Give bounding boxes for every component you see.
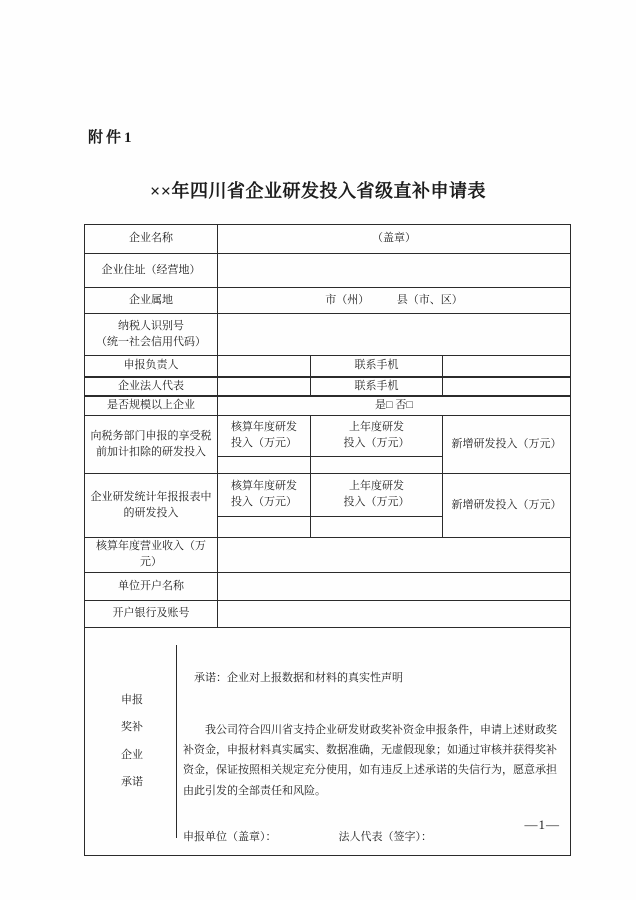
table-row: 企业研发统计年报报表中 的研发投入 核算年度研发 投入（万元） 上年度研发 投入… (85, 474, 571, 517)
commitment-wrap: 申报 奖补 企业 承诺 承诺：企业对上报数据和材料的真实性声明 我公司符合四川省… (88, 645, 567, 838)
table-row: 核算年度营业收入（万元） (85, 538, 571, 573)
legal-rep-phone-cell (443, 377, 571, 397)
scale-label: 是否规模以上企业 (85, 396, 218, 415)
tax-rd-label: 向税务部门申报的享受税 前加计扣除的研发投入 (85, 416, 218, 474)
declarant-cell (218, 356, 311, 377)
page-title: ××年四川省企业研发投入省级直补申请表 (0, 177, 636, 203)
table-row: 企业住址（经营地） (85, 254, 571, 288)
commitment-heading: 承诺：企业对上报数据和材料的真实性声明 (183, 670, 557, 687)
stat-rd-new-header: 新增研发投入（万元） (443, 474, 571, 538)
commitment-body: 承诺：企业对上报数据和材料的真实性声明 我公司符合四川省支持企业研发财政奖补资金… (176, 645, 567, 838)
company-name-label: 企业名称 (85, 225, 218, 254)
tax-rd-previous-header: 上年度研发 投入（万元） (311, 416, 443, 457)
table-row: 是否规模以上企业 是□ 否□ (85, 396, 571, 415)
region-cell: 市（州） 县（市、区） (218, 288, 571, 314)
legal-rep-label: 企业法人代表 (85, 377, 218, 397)
stat-rd-label: 企业研发统计年报报表中 的研发投入 (85, 474, 218, 538)
table-row: 申报负责人 联系手机 (85, 356, 571, 377)
sign-gap (277, 830, 339, 846)
taxpayer-id-label: 纳税人识别号 （统一社会信用代码） (85, 314, 218, 356)
tax-rd-current-cell (218, 457, 311, 474)
table-row: 企业法人代表 联系手机 (85, 377, 571, 397)
revenue-label: 核算年度营业收入（万元） (85, 538, 218, 573)
stat-rd-previous-header: 上年度研发 投入（万元） (311, 474, 443, 517)
legal-rep-cell (218, 377, 311, 397)
stat-rd-previous-cell (311, 517, 443, 538)
tax-rd-new-header: 新增研发投入（万元） (443, 416, 571, 474)
account-name-cell (218, 573, 571, 601)
attachment-label: 附件1 (88, 126, 135, 147)
account-name-label: 单位开户名称 (85, 573, 218, 601)
commitment-text: 我公司符合四川省支持企业研发财政奖补资金申报条件，申请上述财政奖补资金，申报材料… (183, 720, 557, 801)
revenue-cell (218, 538, 571, 573)
bank-account-cell (218, 601, 571, 628)
stat-rd-current-header: 核算年度研发 投入（万元） (218, 474, 311, 517)
commitment-section: 申报 奖补 企业 承诺 承诺：企业对上报数据和材料的真实性声明 我公司符合四川省… (85, 628, 571, 856)
stat-rd-current-cell (218, 517, 311, 538)
declarant-label: 申报负责人 (85, 356, 218, 377)
table-row: 企业属地 市（州） 县（市、区） (85, 288, 571, 314)
region-label: 企业属地 (85, 288, 218, 314)
page-number: —1— (525, 817, 561, 833)
declarant-phone-label: 联系手机 (311, 356, 443, 377)
application-form-table: 企业名称 （盖章） 企业住址（经营地） 企业属地 市（州） 县（市、区） 纳税人… (84, 224, 571, 856)
address-cell (218, 254, 571, 288)
tax-rd-previous-cell (311, 457, 443, 474)
table-row: 开户银行及账号 (85, 601, 571, 628)
seal-hint: （盖章） (372, 232, 416, 244)
tax-rd-current-header: 核算年度研发 投入（万元） (218, 416, 311, 457)
bank-account-label: 开户银行及账号 (85, 601, 218, 628)
table-row: 企业名称 （盖章） (85, 225, 571, 254)
sign-unit-label: 申报单位（盖章）： (183, 830, 277, 846)
table-row: 单位开户名称 (85, 573, 571, 601)
scale-checkboxes: 是□ 否□ (218, 396, 571, 415)
taxpayer-id-cell (218, 314, 571, 356)
declarant-phone-cell (443, 356, 571, 377)
legal-rep-phone-label: 联系手机 (311, 377, 443, 397)
address-label: 企业住址（经营地） (85, 254, 218, 288)
table-row: 纳税人识别号 （统一社会信用代码） (85, 314, 571, 356)
table-row: 向税务部门申报的享受税 前加计扣除的研发投入 核算年度研发 投入（万元） 上年度… (85, 416, 571, 457)
company-name-cell: （盖章） (218, 225, 571, 254)
sign-rep-label: 法人代表（签字）： (339, 830, 433, 846)
document-page: 附件1 ××年四川省企业研发投入省级直补申请表 企业名称 （盖章） 企业住址（经… (0, 0, 636, 900)
table-row: 申报 奖补 企业 承诺 承诺：企业对上报数据和材料的真实性声明 我公司符合四川省… (85, 628, 571, 856)
commitment-side-label: 申报 奖补 企业 承诺 (88, 645, 176, 838)
signature-line: 申报单位（盖章）： 法人代表（签字）： (183, 830, 557, 846)
